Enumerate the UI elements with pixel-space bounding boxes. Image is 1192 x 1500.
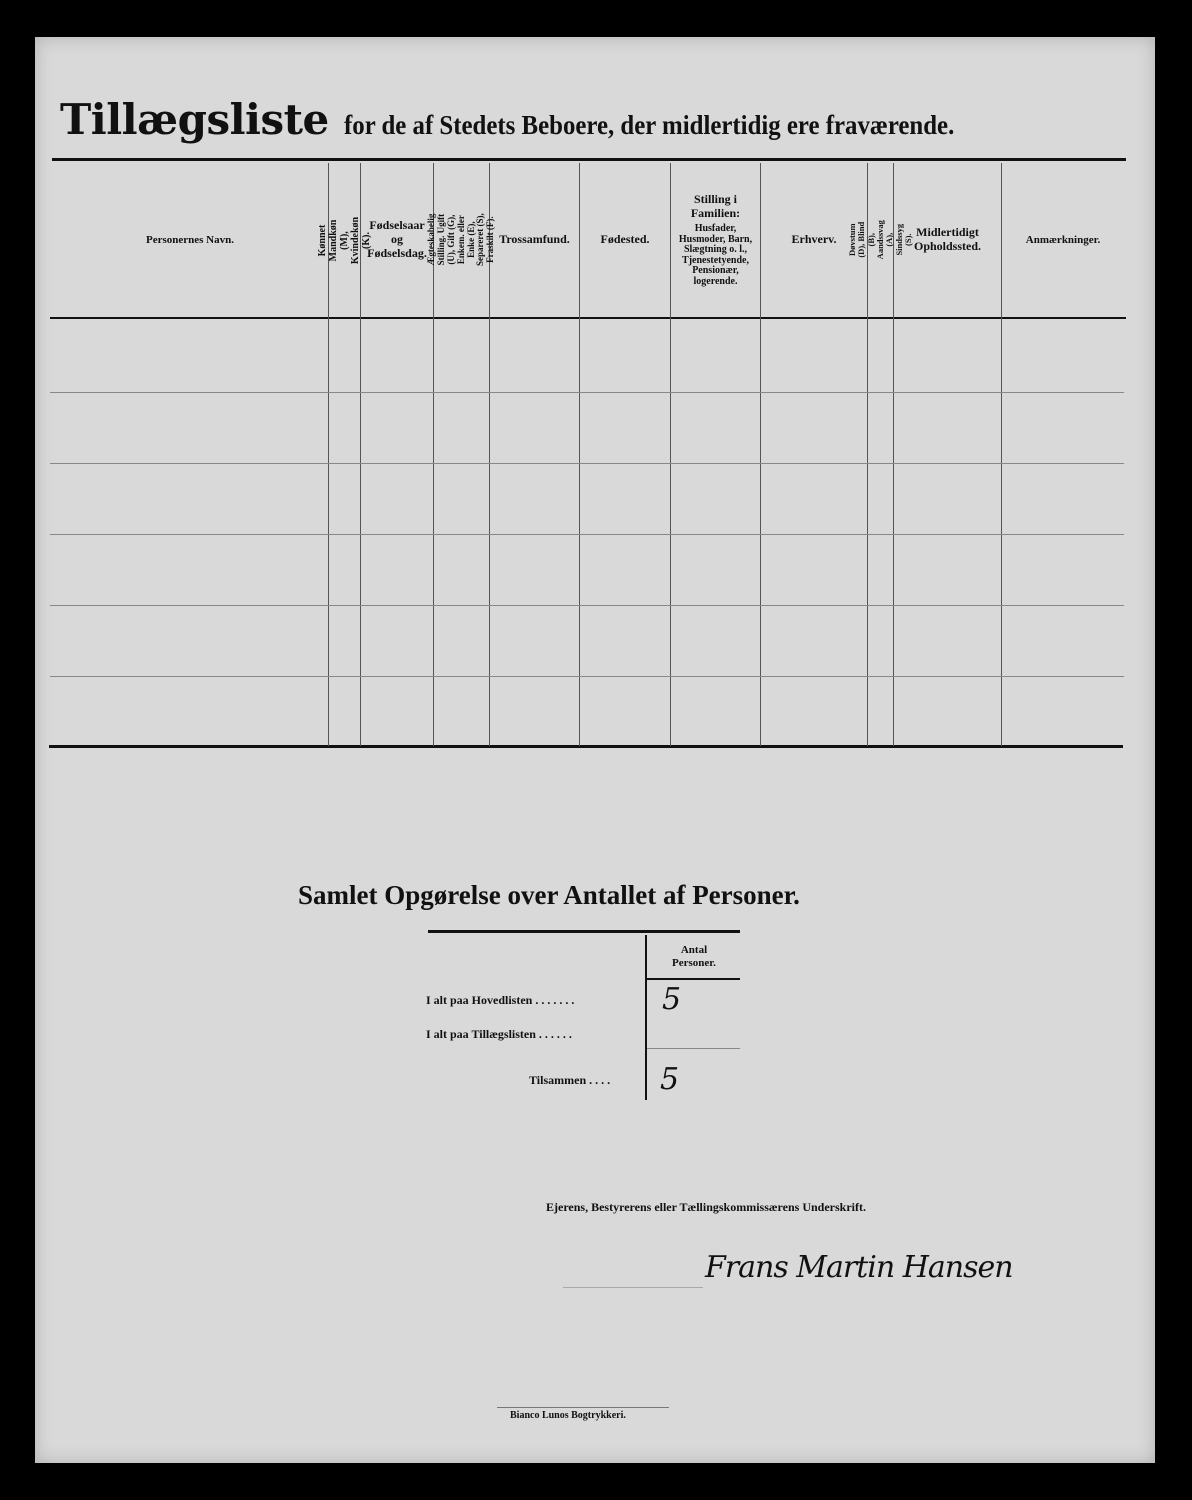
column-header-trossamfund: Trossamfund. — [490, 163, 579, 317]
table-bottom-rule — [49, 745, 1123, 748]
table-row[interactable] — [52, 606, 1124, 676]
table-row[interactable] — [52, 677, 1124, 745]
column-header-dovstum: Døvstum (D), Blind (B), Aandssvag (A), S… — [868, 163, 893, 317]
summary-header-rule — [647, 978, 740, 980]
table-top-rule — [52, 158, 1126, 161]
printer-imprint: Bianco Lunos Bogtrykkeri. — [510, 1410, 626, 1421]
summary-label-hovedlisten: I alt paa Hovedlisten . . . . . . . — [426, 993, 574, 1008]
header-label: Fødested. — [601, 233, 650, 247]
column-header-stilling: Stilling i Familien: Husfader, Husmoder,… — [671, 163, 760, 317]
printer-rule — [497, 1407, 669, 1408]
signature-line — [563, 1287, 703, 1288]
summary-column-header: Antal Personer. — [648, 938, 740, 976]
title-main: Tillægsliste — [60, 95, 329, 144]
header-label: Erhverv. — [792, 233, 837, 247]
column-header-navn: Personernes Navn. — [52, 163, 328, 317]
column-header-opholdssted: Midlertidigt Opholdssted. — [894, 163, 1001, 317]
header-label: Personernes Navn. — [146, 234, 234, 247]
table-row[interactable] — [52, 464, 1124, 534]
summary-vertical-rule — [645, 935, 647, 1100]
summary-label-tillaegslisten: I alt paa Tillægslisten . . . . . . — [426, 1027, 572, 1042]
header-label: Trossamfund. — [499, 233, 570, 247]
header-label: Ægteskabelig Stilling. Ugift (U), Gift (… — [427, 212, 496, 267]
summary-row-rule — [647, 1048, 740, 1049]
signature-value[interactable]: Frans Martin Hansen — [705, 1250, 1013, 1285]
table-row[interactable] — [52, 320, 1124, 392]
header-label: Anmærkninger. — [1026, 234, 1100, 247]
title-subtitle: for de af Stedets Beboere, der midlertid… — [344, 110, 954, 141]
column-header-konnet: Kønnet Mandkøn (M), Kvindekøn (K). — [329, 163, 360, 317]
summary-value-tilsammen[interactable]: 5 — [660, 1062, 679, 1097]
signature-label: Ejerens, Bestyrerens eller Tællingskommi… — [546, 1200, 866, 1215]
header-bottom-rule — [50, 317, 1126, 319]
table-row[interactable] — [52, 393, 1124, 463]
summary-top-rule — [428, 930, 740, 933]
form-title: Tillægsliste for de af Stedets Beboere, … — [60, 95, 1007, 144]
summary-value-tillaegslisten[interactable] — [662, 1015, 722, 1045]
header-label: Midlertidigt Opholdssted. — [903, 226, 993, 254]
header-detail: Husfader, Husmoder, Barn, Slægtning o. l… — [676, 224, 756, 287]
column-header-aegteskabelig: Ægteskabelig Stilling. Ugift (U), Gift (… — [434, 163, 489, 317]
title-rest: for de af Stedets Beboere, der midlertid… — [344, 110, 820, 140]
summary-title: Samlet Opgørelse over Antallet af Person… — [298, 880, 800, 911]
header-label: Fødselsaar og Fødselsdag. — [364, 219, 430, 260]
column-header-fodested: Fødested. — [580, 163, 670, 317]
summary-value-hovedlisten[interactable]: 5 — [662, 982, 681, 1017]
table-row[interactable] — [52, 535, 1124, 605]
title-emphasis: fraværende. — [826, 110, 955, 140]
header-label: Antal Personer. — [664, 944, 724, 969]
header-label: Stilling i Familien: — [681, 193, 751, 221]
column-header-fodselsaar: Fødselsaar og Fødselsdag. — [361, 163, 433, 317]
column-header-anmaerkninger: Anmærkninger. — [1002, 163, 1124, 317]
summary-label-tilsammen: Tilsammen . . . . — [529, 1073, 610, 1088]
